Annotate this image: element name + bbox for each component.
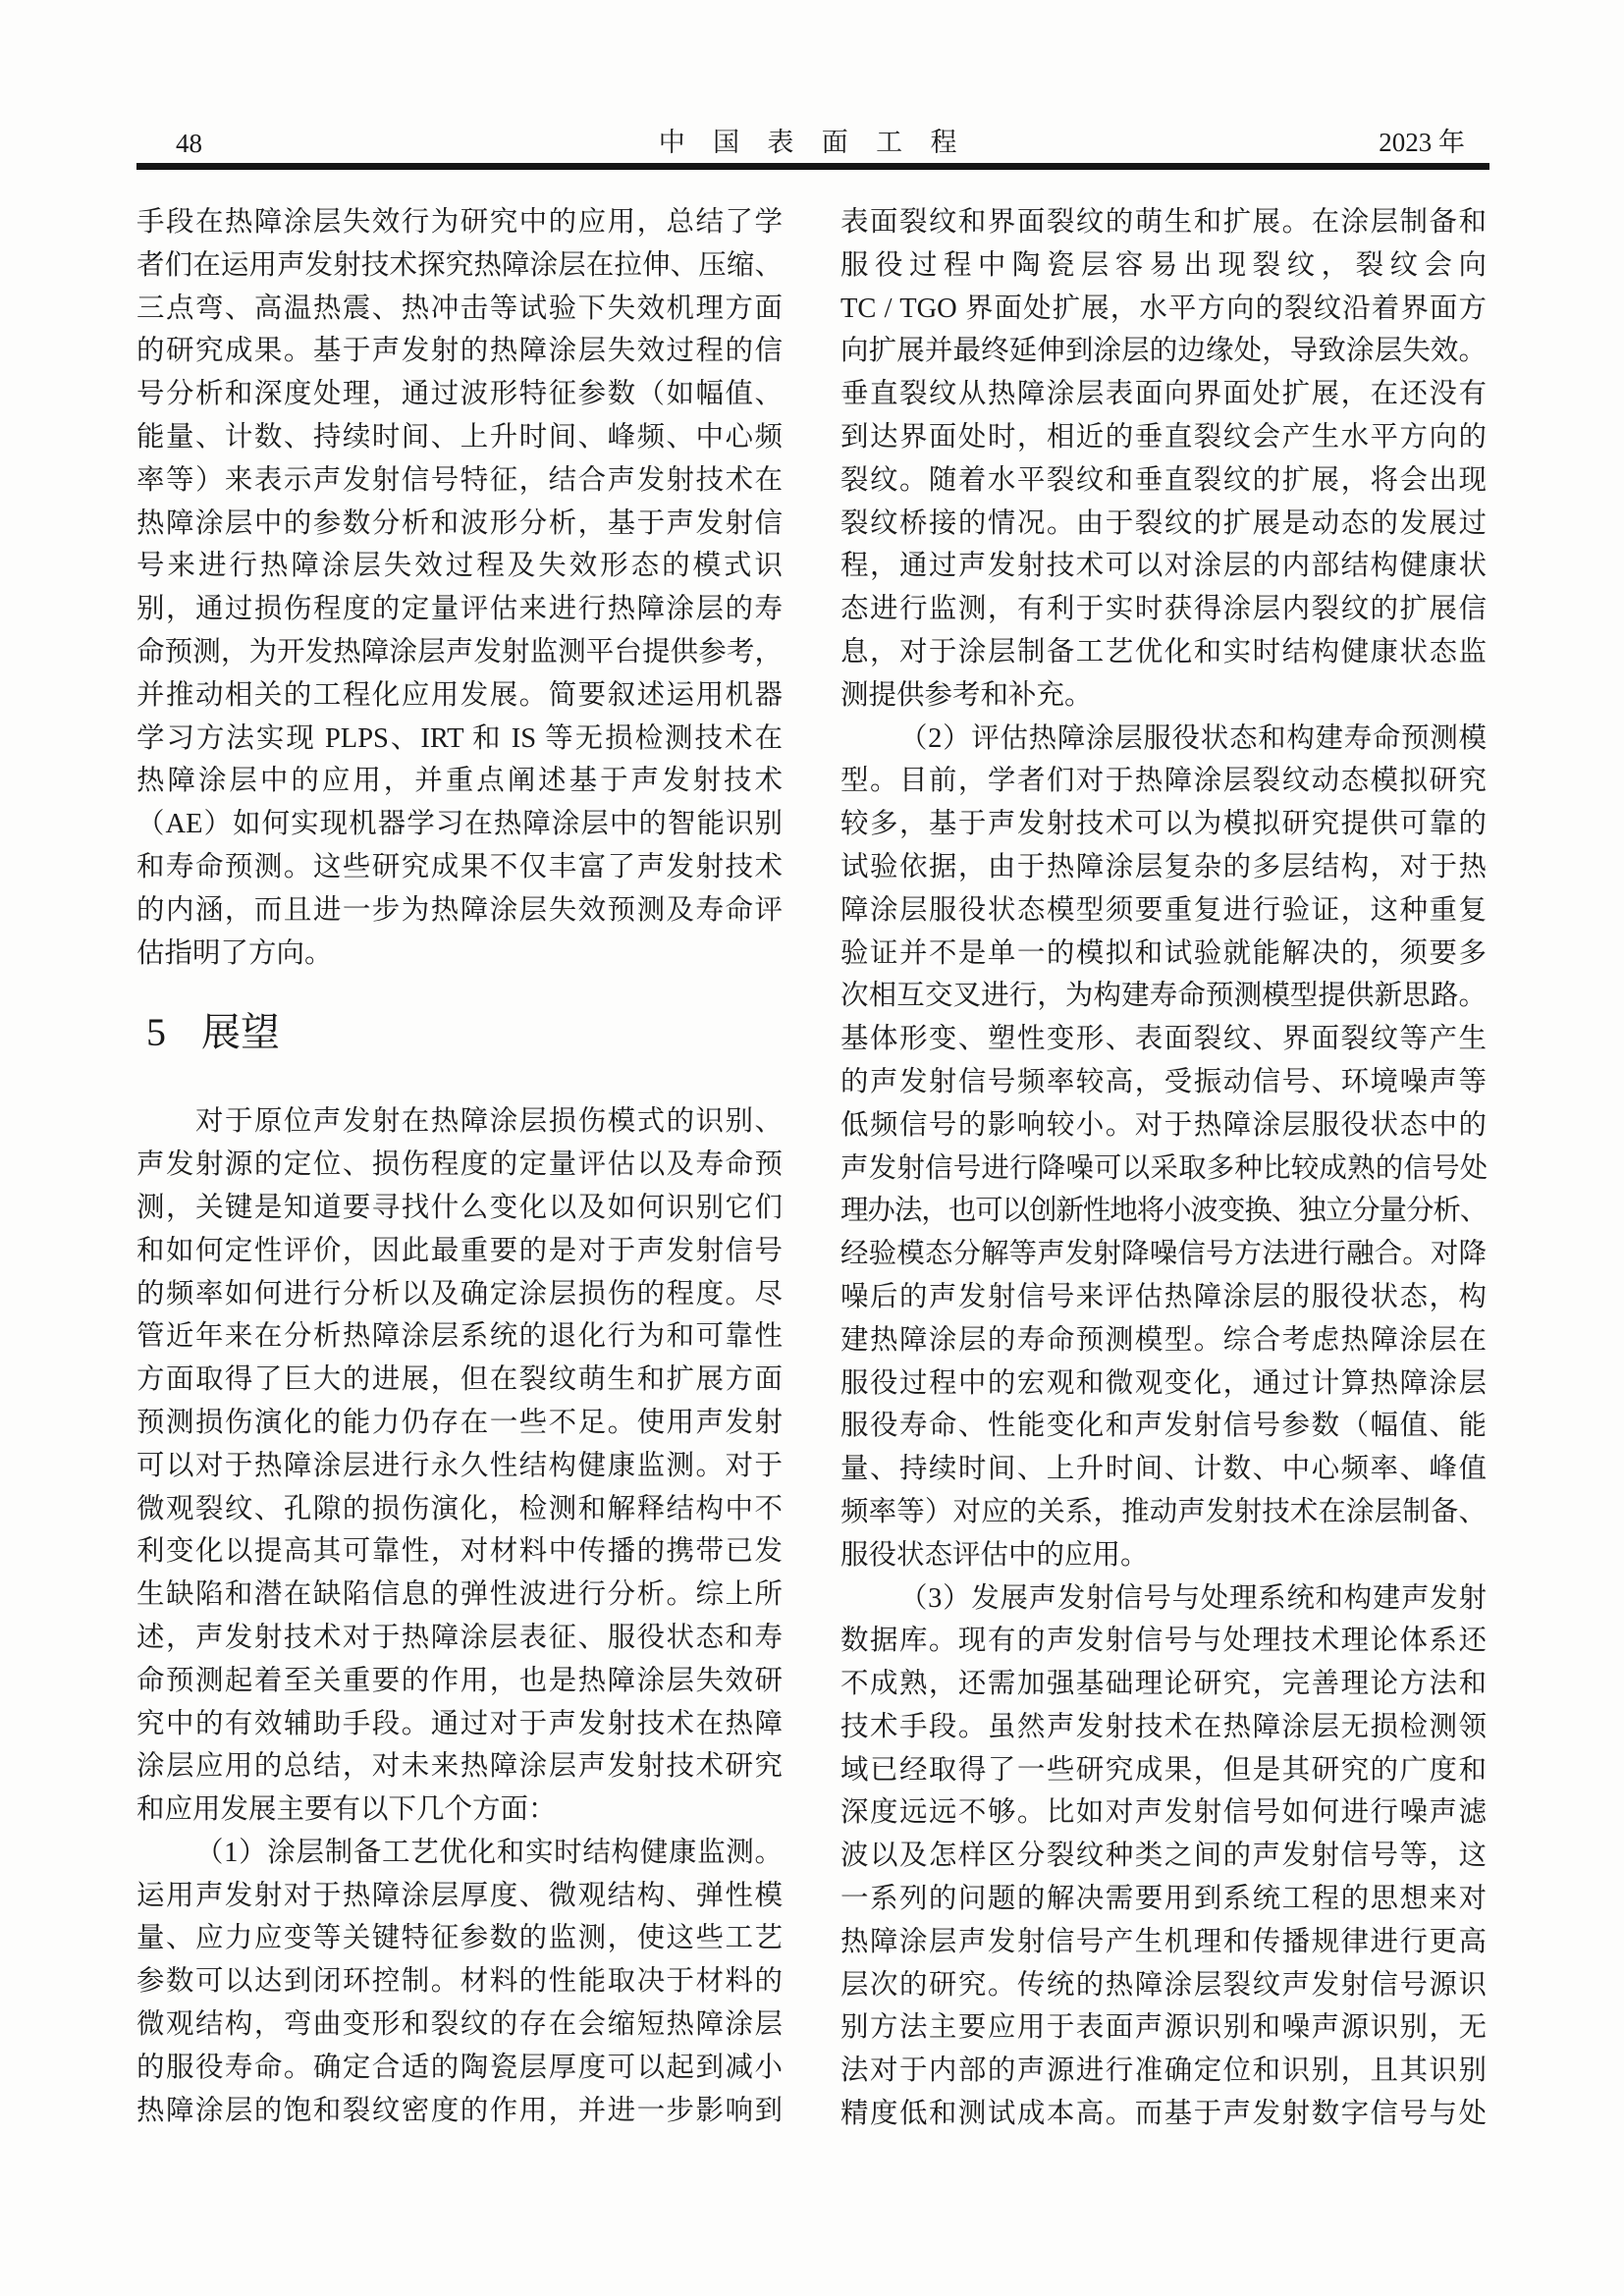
text-line: 别方法主要应用于表面声源识别和噪声源识别，无 [840,2006,1487,2050]
journal-title: 中 国 表 面 工 程 [136,121,1489,159]
text-line: （1）涂层制备工艺优化和实时结构健康监测。 [136,1832,783,1875]
text-line: 声发射源的定位、损伤程度的定量评估以及寿命预 [136,1144,783,1187]
text-line: 数据库。现有的声发射信号与处理技术理论体系还 [840,1620,1487,1663]
text-line: 热障涂层的饱和裂纹密度的作用，并进一步影响到 [136,2090,783,2133]
text-line: 障涂层服役状态模型须要重复进行验证，这种重复 [840,889,1487,933]
text-line: 试验依据，由于热障涂层复杂的多层结构，对于热 [840,846,1487,889]
text-line: 到达界面处时，相近的垂直裂纹会产生水平方向的 [840,416,1487,459]
text-line: 次相互交叉进行，为构建寿命预测模型提供新思路。 [840,975,1487,1018]
section-number: 5 [146,1010,166,1054]
text-line: 三点弯、高温热震、热冲击等试验下失效机理方面 [136,288,783,331]
text-line: 率等）来表示声发射信号特征，结合声发射技术在 [136,459,783,503]
text-line: 服役过程中陶瓷层容易出现裂纹，裂纹会向 [840,244,1487,288]
text-line: 手段在热障涂层失效行为研究中的应用，总结了学 [136,201,783,244]
text-line: 声发射信号进行降噪可以采取多种比较成熟的信号处 [840,1148,1487,1191]
text-line: 程，通过声发射技术可以对涂层的内部结构健康状 [840,545,1487,588]
text-line: TC / TGO 界面处扩展，水平方向的裂纹沿着界面方 [840,288,1487,331]
text-line: 测，关键是知道要寻找什么变化以及如何识别它们 [136,1187,783,1230]
text-line: 命预测起着至关重要的作用，也是热障涂层失效研 [136,1660,783,1703]
text-line: 可以对于热障涂层进行永久性结构健康监测。对于 [136,1445,783,1488]
text-line: 预测损伤演化的能力仍存在一些不足。使用声发射 [136,1402,783,1445]
text-line: 究中的有效辅助手段。通过对于声发射技术在热障 [136,1703,783,1746]
text-line: 涂层应用的总结，对未来热障涂层声发射技术研究 [136,1745,783,1789]
text-line: 管近年来在分析热障涂层系统的退化行为和可靠性 [136,1315,783,1359]
text-line: 理办法，也可以创新性地将小波变换、独立分量分析、 [840,1190,1487,1233]
text-line: 量、应力应变等关键特征参数的监测，使这些工艺 [136,1917,783,1960]
text-line: 的内涵，而且进一步为热障涂层失效预测及寿命评 [136,889,783,933]
text-line: 基体形变、塑性变形、表面裂纹、界面裂纹等产生 [840,1018,1487,1061]
section-paragraphs: 对于原位声发射在热障涂层损伤模式的识别、声发射源的定位、损伤程度的定量评估以及寿… [136,1100,783,2132]
text-line: 层次的研究。传统的热障涂层裂纹声发射信号源识 [840,1964,1487,2007]
text-line: 频率等）对应的关系，推动声发射技术在涂层制备、 [840,1491,1487,1534]
text-line: 运用声发射对于热障涂层厚度、微观结构、弹性模 [136,1875,783,1918]
text-line: 息，对于涂层制备工艺优化和实时结构健康状态监 [840,631,1487,674]
text-line: 参数可以达到闭环控制。材料的性能取决于材料的 [136,1960,783,2003]
text-line: 不成熟，还需加强基础理论研究，完善理论方法和 [840,1663,1487,1706]
text-line: 的频率如何进行分析以及确定涂层损伤的程度。尽 [136,1273,783,1316]
text-line: 别，通过损伤程度的定量评估来进行热障涂层的寿 [136,588,783,631]
section-title: 展望 [201,1010,280,1054]
text-line: 微观结构，弯曲变形和裂纹的存在会缩短热障涂层 [136,2003,783,2047]
text-line: 验证并不是单一的模拟和试验就能解决的，须要多 [840,933,1487,976]
text-line: 噪后的声发射信号来评估热障涂层的服役状态，构 [840,1276,1487,1319]
text-line: 热障涂层声发射信号产生机理和传播规律进行更高 [840,1921,1487,1964]
text-line: 精度低和测试成本高。而基于声发射数字信号与处 [840,2093,1487,2136]
text-line: 较多，基于声发射技术可以为模拟研究提供可靠的 [840,803,1487,846]
text-line: 服役寿命、性能变化和声发射信号参数（幅值、能 [840,1405,1487,1448]
text-line: （AE）如何实现机器学习在热障涂层中的智能识别 [136,803,783,846]
text-line: 和应用发展主要有以下几个方面： [136,1789,783,1832]
text-line: 的服役寿命。确定合适的陶瓷层厚度可以起到减小 [136,2047,783,2090]
text-line: 和寿命预测。这些研究成果不仅丰富了声发射技术 [136,846,783,889]
text-line: 对于原位声发射在热障涂层损伤模式的识别、 [136,1100,783,1144]
text-line: 服役状态评估中的应用。 [840,1534,1487,1577]
text-line: 热障涂层中的参数分析和波形分析，基于声发射信 [136,503,783,546]
text-line: 表面裂纹和界面裂纹的萌生和扩展。在涂层制备和 [840,201,1487,244]
text-line: 号分析和深度处理，通过波形特征参数（如幅值、 [136,373,783,416]
text-line: 命预测，为开发热障涂层声发射监测平台提供参考， [136,631,783,674]
section-heading: 5展望 [136,1004,783,1061]
text-line: 技术手段。虽然声发射技术在热障涂层无损检测领 [840,1706,1487,1749]
text-line: 生缺陷和潜在缺陷信息的弹性波进行分析。综上所 [136,1574,783,1617]
text-line: 者们在运用声发射技术探究热障涂层在拉伸、压缩、 [136,244,783,288]
text-line: 一系列的问题的解决需要用到系统工程的思想来对 [840,1878,1487,1921]
text-line: 经验模态分解等声发射降噪信号方法进行融合。对降 [840,1233,1487,1276]
text-line: （2）评估热障涂层服役状态和构建寿命预测模 [840,718,1487,761]
text-line: 态进行监测，有利于实时获得涂层内裂纹的扩展信 [840,588,1487,631]
right-column: 表面裂纹和界面裂纹的萌生和扩展。在涂层制备和服役过程中陶瓷层容易出现裂纹，裂纹会… [840,201,1487,2136]
text-line: 建热障涂层的寿命预测模型。综合考虑热障涂层在 [840,1319,1487,1362]
text-line: 深度远远不够。比如对声发射信号如何进行噪声滤 [840,1791,1487,1835]
text-line: 波以及怎样区分裂纹种类之间的声发射信号等，这 [840,1835,1487,1878]
text-line: 垂直裂纹从热障涂层表面向界面处扩展，在还没有 [840,373,1487,416]
journal-page: 48 中 国 表 面 工 程 2023 年 手段在热障涂层失效行为研究中的应用，… [0,0,1624,2296]
text-line: 热障涂层中的应用，并重点阐述基于声发射技术 [136,760,783,803]
text-line: 的声发射信号频率较高，受振动信号、环境噪声等 [840,1061,1487,1104]
text-line: 估指明了方向。 [136,933,783,976]
text-line: 并推动相关的工程化应用发展。简要叙述运用机器 [136,674,783,718]
text-line: 能量、计数、持续时间、上升时间、峰频、中心频 [136,416,783,459]
text-line: 量、持续时间、上升时间、计数、中心频率、峰值 [840,1448,1487,1491]
text-line: 利变化以提高其可靠性，对材料中传播的携带已发 [136,1530,783,1574]
text-line: 法对于内部的声源进行准确定位和识别，且其识别 [840,2050,1487,2093]
text-line: 裂纹桥接的情况。由于裂纹的扩展是动态的发展过 [840,503,1487,546]
text-line: 低频信号的影响较小。对于热障涂层服役状态中的 [840,1104,1487,1148]
text-line: 服役过程中的宏观和微观变化，通过计算热障涂层 [840,1362,1487,1406]
text-line: 测提供参考和补充。 [840,674,1487,718]
text-line: 型。目前，学者们对于热障涂层裂纹动态模拟研究 [840,760,1487,803]
text-line: 和如何定性评价，因此最重要的是对于声发射信号 [136,1230,783,1273]
text-line: 号来进行热障涂层失效过程及失效形态的模式识 [136,545,783,588]
header-rule [136,163,1489,170]
text-line: 向扩展并最终延伸到涂层的边缘处，导致涂层失效。 [840,330,1487,373]
right-column-text: 表面裂纹和界面裂纹的萌生和扩展。在涂层制备和服役过程中陶瓷层容易出现裂纹，裂纹会… [840,201,1487,2136]
text-line: 裂纹。随着水平裂纹和垂直裂纹的扩展，将会出现 [840,459,1487,503]
text-line: （3）发展声发射信号与处理系统和构建声发射 [840,1577,1487,1621]
paragraph-continued: 手段在热障涂层失效行为研究中的应用，总结了学者们在运用声发射技术探究热障涂层在拉… [136,201,783,975]
text-line: 域已经取得了一些研究成果，但是其研究的广度和 [840,1749,1487,1792]
text-line: 方面取得了巨大的进展，但在裂纹萌生和扩展方面 [136,1359,783,1402]
left-column: 手段在热障涂层失效行为研究中的应用，总结了学者们在运用声发射技术探究热障涂层在拉… [136,201,783,2132]
text-line: 述，声发射技术对于热障涂层表征、服役状态和寿 [136,1617,783,1660]
text-line: 学习方法实现 PLPS、IRT 和 IS 等无损检测技术在 [136,718,783,761]
text-line: 的研究成果。基于声发射的热障涂层失效过程的信 [136,330,783,373]
text-line: 微观裂纹、孔隙的损伤演化，检测和解释结构中不 [136,1488,783,1531]
page-header: 48 中 国 表 面 工 程 2023 年 [136,120,1489,161]
header-year: 2023 年 [1379,121,1465,159]
